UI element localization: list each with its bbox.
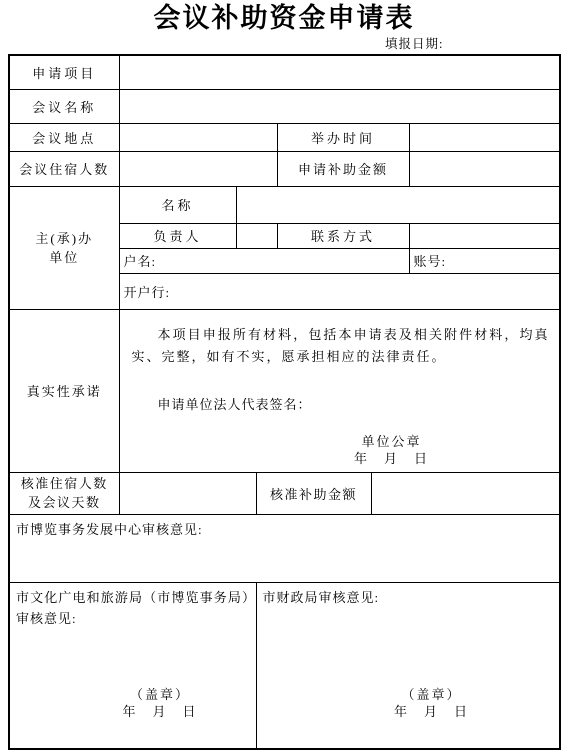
field-organizer-name[interactable] xyxy=(236,186,560,223)
field-applied-subsidy[interactable] xyxy=(409,151,560,186)
expo-center-review-cell[interactable]: 市博览事务发展中心审核意见: xyxy=(9,514,560,582)
label-approved-lodging: 核准住宿人数 及会议天数 xyxy=(9,472,119,514)
label-account-number: 账号: xyxy=(414,254,447,269)
field-lodging-count[interactable] xyxy=(119,151,277,186)
field-holding-time[interactable] xyxy=(409,123,560,151)
finance-bureau-seal-placeholder: （盖章） xyxy=(282,686,561,703)
page-title: 会议补助资金申请表 xyxy=(0,0,568,36)
field-approved-lodging[interactable] xyxy=(119,472,256,514)
label-lodging-count: 会议住宿人数 xyxy=(9,151,119,186)
commitment-date-line: 年 月 日 xyxy=(302,450,482,467)
label-account-name: 户名: xyxy=(124,254,157,269)
label-bank-branch: 开户行: xyxy=(124,285,171,300)
field-approved-subsidy[interactable] xyxy=(371,472,560,514)
label-approved-subsidy: 核准补助金额 xyxy=(256,472,371,514)
label-contact-method: 联系方式 xyxy=(277,223,409,248)
field-organizer-leader[interactable] xyxy=(236,223,277,248)
commitment-content-cell: 本项目申报所有材料，包括本申请表及相关附件材料，均真实、完整，如有不实，愿承担相… xyxy=(119,309,560,472)
field-contact-method[interactable] xyxy=(409,223,560,248)
label-conference-name: 会议名称 xyxy=(9,89,119,123)
field-account-name[interactable]: 户名: xyxy=(119,248,409,273)
label-applied-subsidy: 申请补助金额 xyxy=(277,151,409,186)
culture-bureau-stamp-area: （盖章） 年 月 日 xyxy=(65,686,255,720)
field-application-project[interactable] xyxy=(119,55,560,89)
finance-bureau-review-cell[interactable]: 市财政局审核意见: （盖章） 年 月 日 xyxy=(256,582,560,749)
culture-bureau-date-line: 年 月 日 xyxy=(65,703,255,720)
label-authenticity-commitment: 真实性承诺 xyxy=(9,309,119,472)
label-organizer-leader: 负责人 xyxy=(119,223,236,248)
culture-bureau-review-cell[interactable]: 市文化广电和旅游局（市博览事务局）审核意见: （盖章） 年 月 日 xyxy=(9,582,256,749)
finance-bureau-stamp-area: （盖章） 年 月 日 xyxy=(282,686,561,720)
unit-seal-label: 单位公章 xyxy=(302,433,482,450)
fill-date-label: 填报日期: xyxy=(385,37,443,51)
commitment-statement: 本项目申报所有材料，包括本申请表及相关附件材料，均真实、完整，如有不实，愿承担相… xyxy=(132,324,550,368)
culture-bureau-seal-placeholder: （盖章） xyxy=(65,686,255,703)
application-form-table: 申请项目 会议名称 会议地点 举办时间 会议住宿人数 申请补助金额 主(承)办 … xyxy=(8,54,561,750)
label-holding-time: 举办时间 xyxy=(277,123,409,151)
legal-rep-signature-label: 申请单位法人代表签名： xyxy=(132,394,550,413)
label-organizer-name: 名称 xyxy=(119,186,236,223)
culture-bureau-review-label: 市文化广电和旅游局（市博览事务局）审核意见: xyxy=(16,587,250,629)
finance-bureau-review-label: 市财政局审核意见: xyxy=(263,587,554,608)
label-application-project: 申请项目 xyxy=(9,55,119,89)
label-organizer-unit: 主(承)办 单位 xyxy=(9,186,119,309)
form-page: 会议补助资金申请表 填报日期: 申请项目 会议名称 会议地点 举办时间 会议住宿… xyxy=(0,0,568,756)
fill-date-row: 填报日期: xyxy=(0,36,568,52)
field-conference-name[interactable] xyxy=(119,89,560,123)
finance-bureau-date-line: 年 月 日 xyxy=(282,703,561,720)
field-bank-branch[interactable]: 开户行: xyxy=(119,273,560,309)
field-conference-location[interactable] xyxy=(119,123,277,151)
field-account-number[interactable]: 账号: xyxy=(409,248,560,273)
unit-seal-area: 单位公章 年 月 日 xyxy=(302,433,482,467)
label-conference-location: 会议地点 xyxy=(9,123,119,151)
expo-center-review-label: 市博览事务发展中心审核意见: xyxy=(16,519,554,540)
